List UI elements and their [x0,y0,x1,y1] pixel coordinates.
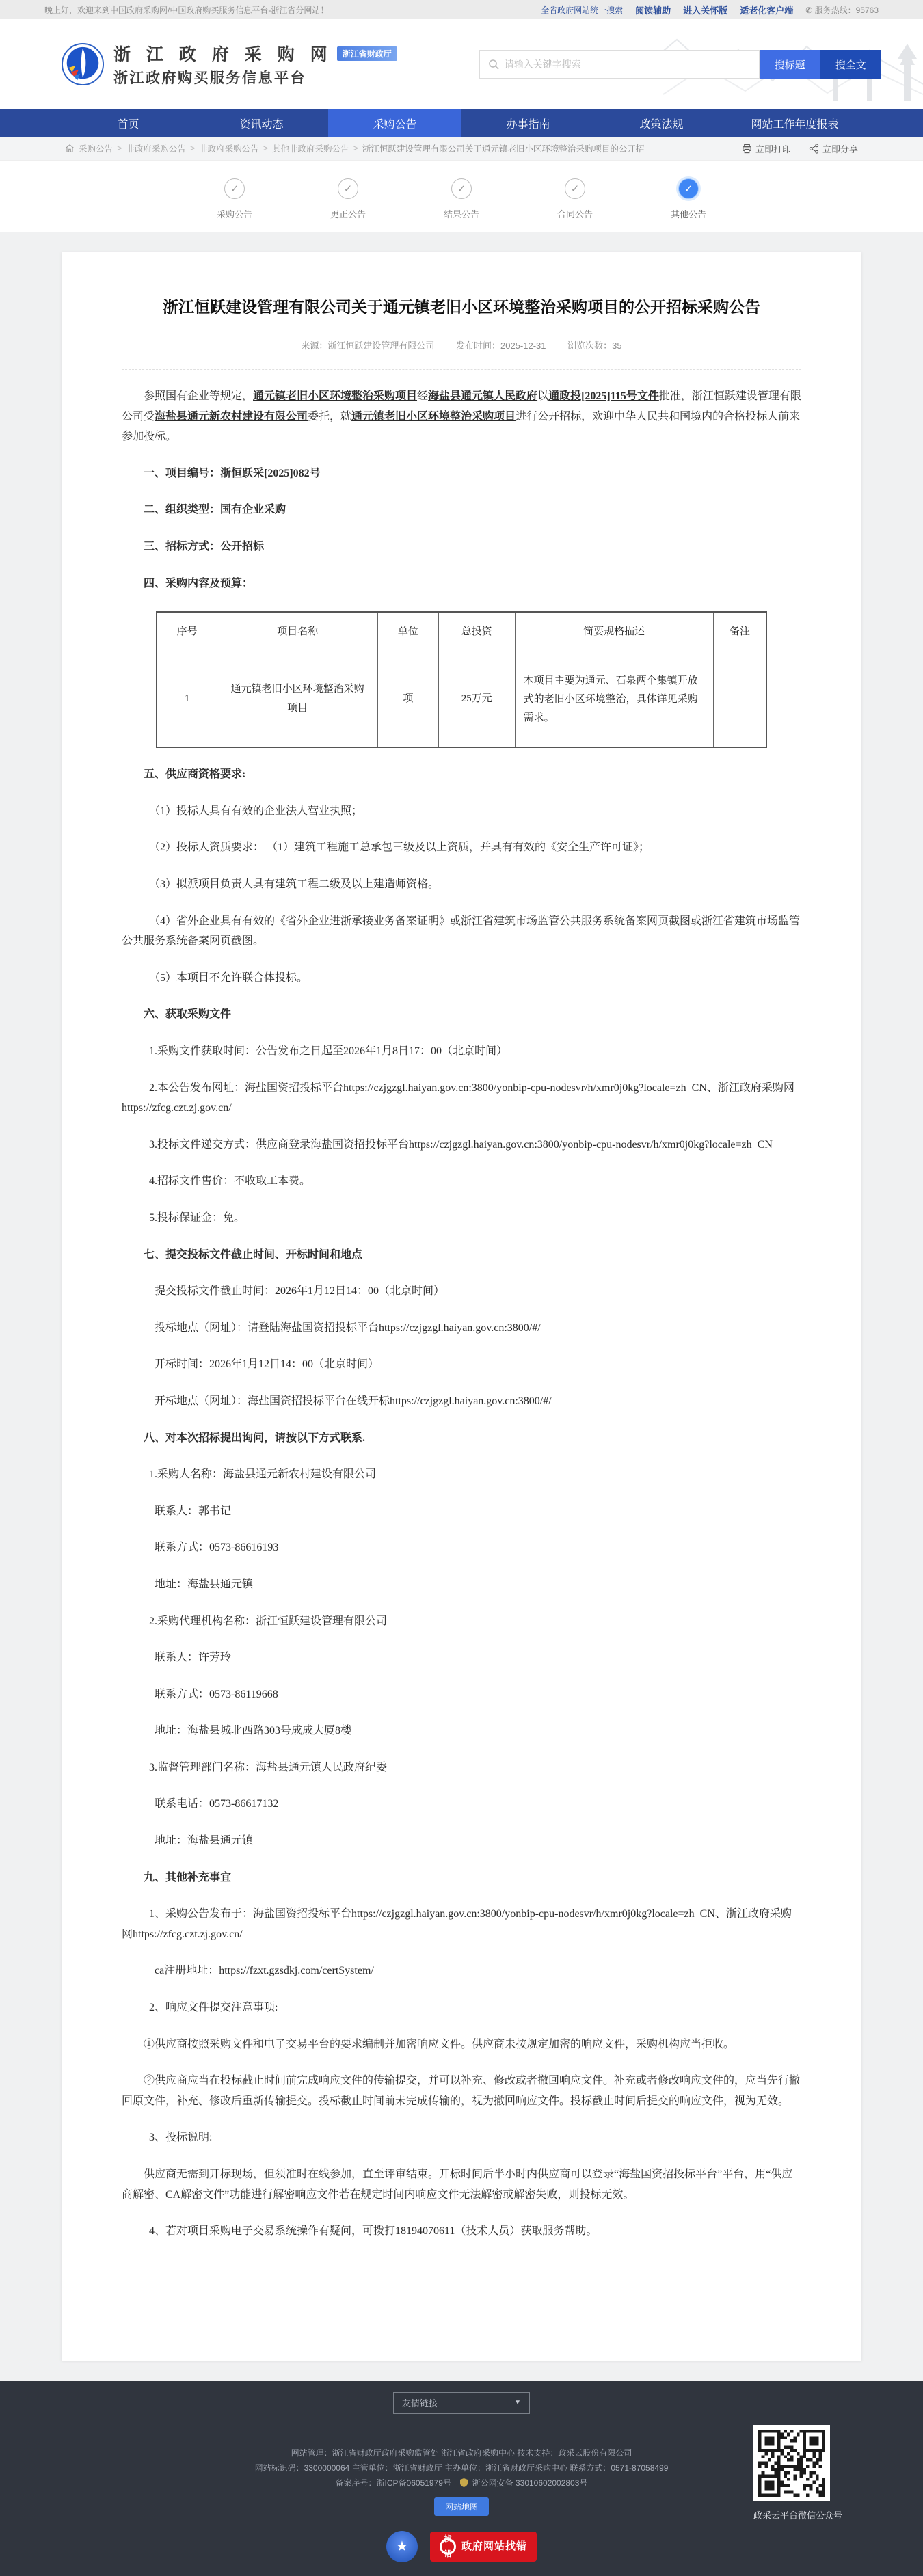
doc-view-count: 浏览次数：35 [567,340,621,351]
gov-procurement-emblem-icon [62,43,104,85]
doc-paragraph: 3、投标说明: [122,2128,801,2148]
breadcrumb-item[interactable]: 非政府采购公告 [126,142,186,155]
step-采购公告[interactable]: ✓采购公告 [211,178,258,220]
table-header-cell: 项目名称 [217,612,377,652]
doc-heading: 九、其他补充事宜 [122,1868,801,1888]
doc-paragraph: 2.本公告发布网址：海盐国资招投标平台https://czjgzgl.haiya… [122,1078,801,1118]
doc-paragraph: （4）省外企业具有有效的《省外企业进浙承接业务备案证明》或浙江省建筑市场监管公共… [122,911,801,952]
search-icon [488,59,499,70]
step-其他公告[interactable]: ✓其他公告 [665,178,712,220]
doc-paragraph: 开标地点（网址）：海盐国资招投标平台在线开标https://czjgzgl.ha… [122,1391,801,1412]
service-hotline: ✆ 服务热线：95763 [805,4,879,16]
main-nav-list: 首页资讯动态采购公告办事指南政策法规网站工作年度报表 [62,109,861,137]
document-body: 参照国有企业等规定，通元镇老旧小区环境整治采购项目经海盐县通元镇人民政府以通政投… [122,386,801,2242]
doc-paragraph: 联系电话：0573-86617132 [122,1794,801,1814]
welcome-text: 晚上好，欢迎来到中国政府采购网/中国政府购买服务信息平台-浙江省分网站！ [44,4,328,16]
footer-icp-line: 备案序号：浙ICP备06051979号 浙公网安备 33010602002803… [255,2476,669,2491]
footer-org-line: 网站标识码：3300000064 主管单位：浙江省财政厅 主办单位：浙江省财政厅… [255,2460,669,2476]
site-footer: 友情链接 ▼ 网站管理：浙江省财政厅政府采购监管处 浙江省政府采购中心 技术支持… [0,2381,923,2576]
breadcrumb-item[interactable]: 采购公告 [79,142,113,155]
home-icon[interactable] [65,144,75,154]
doc-heading: 三、招标方式：公开招标 [122,537,801,557]
content-zone: 浙江恒跃建设管理有限公司关于通元镇老旧小区环境整治采购项目的公开招标采购公告 来… [0,232,923,2381]
nav-item-annual-report[interactable]: 网站工作年度报表 [728,109,861,137]
breadcrumb-separator: > [190,144,195,153]
doc-paragraph: ①供应商按照采购文件和电子交易平台的要求编制并加密响应文件。供应商未按规定加密的… [122,2035,801,2055]
search-title-button[interactable]: 搜标题 [760,50,820,79]
doc-source: 来源：浙江恒跃建设管理有限公司 [301,340,434,351]
table-header-cell: 总投资 [439,612,516,652]
doc-paragraph: 联系人：许芳玲 [122,1648,801,1668]
search-zone: 搜标题 搜全文 [479,50,881,79]
step-connector [372,189,438,189]
security-record-number[interactable]: 浙公网安备 33010602002803号 [472,2478,588,2488]
table-cell: 25万元 [439,652,516,747]
doc-paragraph: （5）本项目不允许联合体投标。 [122,968,801,989]
breadcrumb-separator: > [263,144,268,153]
table-cell: 本项目主要为通元、石泉两个集镇开放式的老旧小区环境整治，具体详见采购需求。 [515,652,713,747]
site-name: 浙 江 政 府 采 购 网 [113,41,333,66]
step-合同公告[interactable]: ✓合同公告 [551,178,599,220]
sitemap-button[interactable]: 网站地图 [434,2497,489,2516]
doc-paragraph: （2）投标人资质要求： （1）建筑工程施工总承包三级及以上资质，并具有有效的《安… [122,837,801,858]
nav-item-procurement-notices[interactable]: 采购公告 [328,109,461,137]
nav-item-policy[interactable]: 政策法规 [595,109,728,137]
breadcrumb-item[interactable]: 其他非政府采购公告 [272,142,349,155]
check-circle-icon: ✓ [224,178,245,199]
doc-heading: 二、组织类型：国有企业采购 [122,500,801,520]
doc-heading: 四、采购内容及预算： [122,574,801,594]
doc-publish-date: 发布时间：2025-12-31 [456,340,546,351]
doc-heading: 一、项目编号：浙恒跃采[2025]082号 [122,464,801,484]
doc-heading: 五、供应商资格要求: [122,764,801,785]
table-header-cell: 简要规格描述 [515,612,713,652]
doc-heading: 六、获取采购文件 [122,1004,801,1025]
footer-info: 网站管理：浙江省财政厅政府采购监管处 浙江省政府采购中心 技术支持：政采云股份有… [255,2445,669,2562]
table-header-row: 序号项目名称单位总投资简要规格描述备注 [157,612,767,652]
doc-paragraph: 3.监督管理部门名称：海盐县通元镇人民政府纪委 [122,1758,801,1778]
doc-paragraph: ca注册地址：https://fzxt.gzsdkj.com/certSyste… [122,1961,801,1981]
check-circle-icon: ✓ [451,178,472,199]
divider [122,369,801,370]
table-header-cell: 序号 [157,612,217,652]
error-report-icon: 找错 [440,2538,456,2555]
check-circle-icon: ✓ [338,178,358,199]
table-cell: 通元镇老旧小区环境整治采购项目 [217,652,377,747]
notice-type-steps: ✓采购公告✓更正公告✓结果公告✓合同公告✓其他公告 [0,160,923,232]
step-更正公告[interactable]: ✓更正公告 [324,178,372,220]
breadcrumb: 采购公告>非政府采购公告>非政府采购公告>其他非政府采购公告>浙江恒跃建设管理有… [65,142,644,155]
breadcrumb-current: 浙江恒跃建设管理有限公司关于通元镇老旧小区环境整治采购项目的公开招 [362,142,645,155]
table-cell: 1 [157,652,217,747]
search-fulltext-button[interactable]: 搜全文 [820,50,881,79]
wechat-qr-block: 政采云平台微信公众号 [753,2425,842,2521]
gov-site-error-report-badge[interactable]: 找错 政府网站找错 [430,2532,537,2562]
doc-paragraph: 地址：海盐县通元镇 [122,1831,801,1851]
print-button[interactable]: 立即打印 [742,142,791,155]
step-connector [599,189,665,189]
table-row: 1通元镇老旧小区环境整治采购项目项25万元本项目主要为通元、石泉两个集镇开放式的… [157,652,767,747]
doc-paragraph: （1）投标人具有有效的企业法人营业执照； [122,801,801,822]
table-cell: 项 [377,652,438,747]
doc-paragraph: 联系人：郭书记 [122,1501,801,1522]
site-logo[interactable]: 浙 江 政 府 采 购 网浙江省财政厅 浙江政府购买服务信息平台 [62,41,397,88]
doc-paragraph: ②供应商应当在投标截止时间前完成响应文件的传输提交，并可以补充、修改或者撤回响应… [122,2071,801,2111]
topbar-link-reading-aid[interactable]: 阅读辅助 [635,3,671,16]
doc-paragraph: 2、响应文件提交注意事项: [122,1998,801,2018]
page-title: 浙江恒跃建设管理有限公司关于通元镇老旧小区环境整治采购项目的公开招标采购公告 [147,294,776,321]
printer-icon [742,144,752,154]
doc-meta: 来源：浙江恒跃建设管理有限公司 发布时间：2025-12-31 浏览次数：35 [122,338,801,351]
breadcrumb-item[interactable]: 非政府采购公告 [199,142,259,155]
steps-row: ✓采购公告✓更正公告✓结果公告✓合同公告✓其他公告 [0,178,923,220]
table-header-cell: 备注 [713,612,766,652]
announcement-paper: 浙江恒跃建设管理有限公司关于通元镇老旧小区环境整治采购项目的公开招标采购公告 来… [62,252,861,2361]
search-input[interactable] [505,59,751,70]
phone-icon: ✆ [805,5,814,15]
doc-paragraph: 投标地点（网址）：请登陆海盐国资招投标平台https://czjgzgl.hai… [122,1318,801,1339]
doc-paragraph: 1.采购文件获取时间：公告发布之日起至2026年1月8日17：00（北京时间） [122,1041,801,1062]
doc-paragraph: 4、若对项目采购电子交易系统操作有疑问，可拨打18194070611（技术人员）… [122,2221,801,2242]
doc-paragraph: 地址：海盐县城北西路303号成成大厦8楼 [122,1721,801,1741]
doc-paragraph: 供应商无需到开标现场，但须准时在线参加，直至评审结束。开标时间后半小时内供应商可… [122,2164,801,2205]
share-button[interactable]: 立即分享 [809,142,858,155]
check-circle-icon: ✓ [678,178,699,199]
site-header: 浙 江 政 府 采 购 网浙江省财政厅 浙江政府购买服务信息平台 搜标题 搜全文 [0,19,923,109]
qr-caption: 政采云平台微信公众号 [753,2508,842,2521]
chevron-down-icon: ▼ [514,2399,521,2406]
footer-badges: ★ 找错 政府网站找错 [255,2531,669,2562]
qr-code [753,2425,830,2501]
icp-number: 备案序号：浙ICP备06051979号 [336,2478,451,2488]
doc-paragraph: 联系方式：0573-86616193 [122,1538,801,1558]
security-shield-icon [460,2478,468,2487]
step-结果公告[interactable]: ✓结果公告 [438,178,485,220]
table-cell [713,652,766,747]
step-label: 其他公告 [671,207,706,220]
doc-paragraph: 联系方式：0573-86119668 [122,1685,801,1705]
breadcrumb-bar: 采购公告>非政府采购公告>非政府采购公告>其他非政府采购公告>浙江恒跃建设管理有… [0,137,923,160]
table-header-cell: 单位 [377,612,438,652]
step-connector [258,189,324,189]
main-nav: 首页资讯动态采购公告办事指南政策法规网站工作年度报表 [0,109,923,137]
nav-item-news[interactable]: 资讯动态 [195,109,328,137]
site-title-block: 浙 江 政 府 采 购 网浙江省财政厅 浙江政府购买服务信息平台 [113,41,397,88]
site-subtitle: 浙江政府购买服务信息平台 [113,67,397,88]
search-box [479,50,760,79]
topbar-link-elder-client[interactable]: 适老化客户端 [740,3,793,16]
doc-paragraph: 地址：海盐县通元镇 [122,1574,801,1595]
doc-paragraph: （3）拟派项目负责人具有建筑工程二级及以上建造师资格。 [122,874,801,895]
nav-item-guide[interactable]: 办事指南 [461,109,595,137]
topbar-link-care-mode[interactable]: 进入关怀版 [683,3,727,16]
doc-paragraph: 1.采购人名称：海盐县通元新农村建设有限公司 [122,1464,801,1485]
check-circle-icon: ✓ [565,178,585,199]
doc-paragraph: 5.投标保证金：免。 [122,1208,801,1229]
gov-site-badge[interactable]: ★ [386,2531,418,2562]
step-label: 更正公告 [330,207,366,220]
procurement-items-table: 序号项目名称单位总投资简要规格描述备注1通元镇老旧小区环境整治采购项目项25万元… [156,611,768,748]
doc-paragraph: 提交投标文件截止时间：2026年1月12日14：00（北京时间） [122,1281,801,1302]
doc-paragraph: 参照国有企业等规定，通元镇老旧小区环境整治采购项目经海盐县通元镇人民政府以通政投… [122,386,801,447]
top-utility-bar: 晚上好，欢迎来到中国政府采购网/中国政府购买服务信息平台-浙江省分网站！ 全省政… [0,0,923,19]
topbar-links: 全省政府网站统一搜索阅读辅助进入关怀版适老化客户端✆ 服务热线：95763 [541,3,879,16]
doc-heading: 七、提交投标文件截止时间、开标时间和地点 [122,1245,801,1265]
nav-item-home[interactable]: 首页 [62,109,195,137]
doc-paragraph: 3.投标文件递交方式：供应商登录海盐国资招投标平台https://czjgzgl… [122,1135,801,1155]
friendly-links-select[interactable]: 友情链接 ▼ [393,2392,530,2414]
step-label: 结果公告 [444,207,479,220]
topbar-link-unified-search[interactable]: 全省政府网站统一搜索 [541,4,623,16]
doc-paragraph: 4.招标文件售价：不收取工本费。 [122,1171,801,1192]
step-connector [485,189,551,189]
step-label: 采购公告 [217,207,252,220]
share-icon [809,144,819,154]
finance-dept-tag: 浙江省财政厅 [337,46,397,61]
breadcrumb-separator: > [117,144,122,153]
step-label: 合同公告 [557,207,593,220]
breadcrumb-actions: 立即打印 立即分享 [742,142,858,155]
doc-heading: 八、对本次招标提出询问，请按以下方式联系. [122,1428,801,1449]
footer-management-line: 网站管理：浙江省财政厅政府采购监管处 浙江省政府采购中心 技术支持：政采云股份有… [255,2445,669,2460]
doc-paragraph: 开标时间：2026年1月12日14：00（北京时间） [122,1354,801,1375]
breadcrumb-separator: > [353,144,358,153]
doc-paragraph: 2.采购代理机构名称：浙江恒跃建设管理有限公司 [122,1611,801,1632]
doc-paragraph: 1、采购公告发布于：海盐国资招投标平台https://czjgzgl.haiya… [122,1904,801,1944]
